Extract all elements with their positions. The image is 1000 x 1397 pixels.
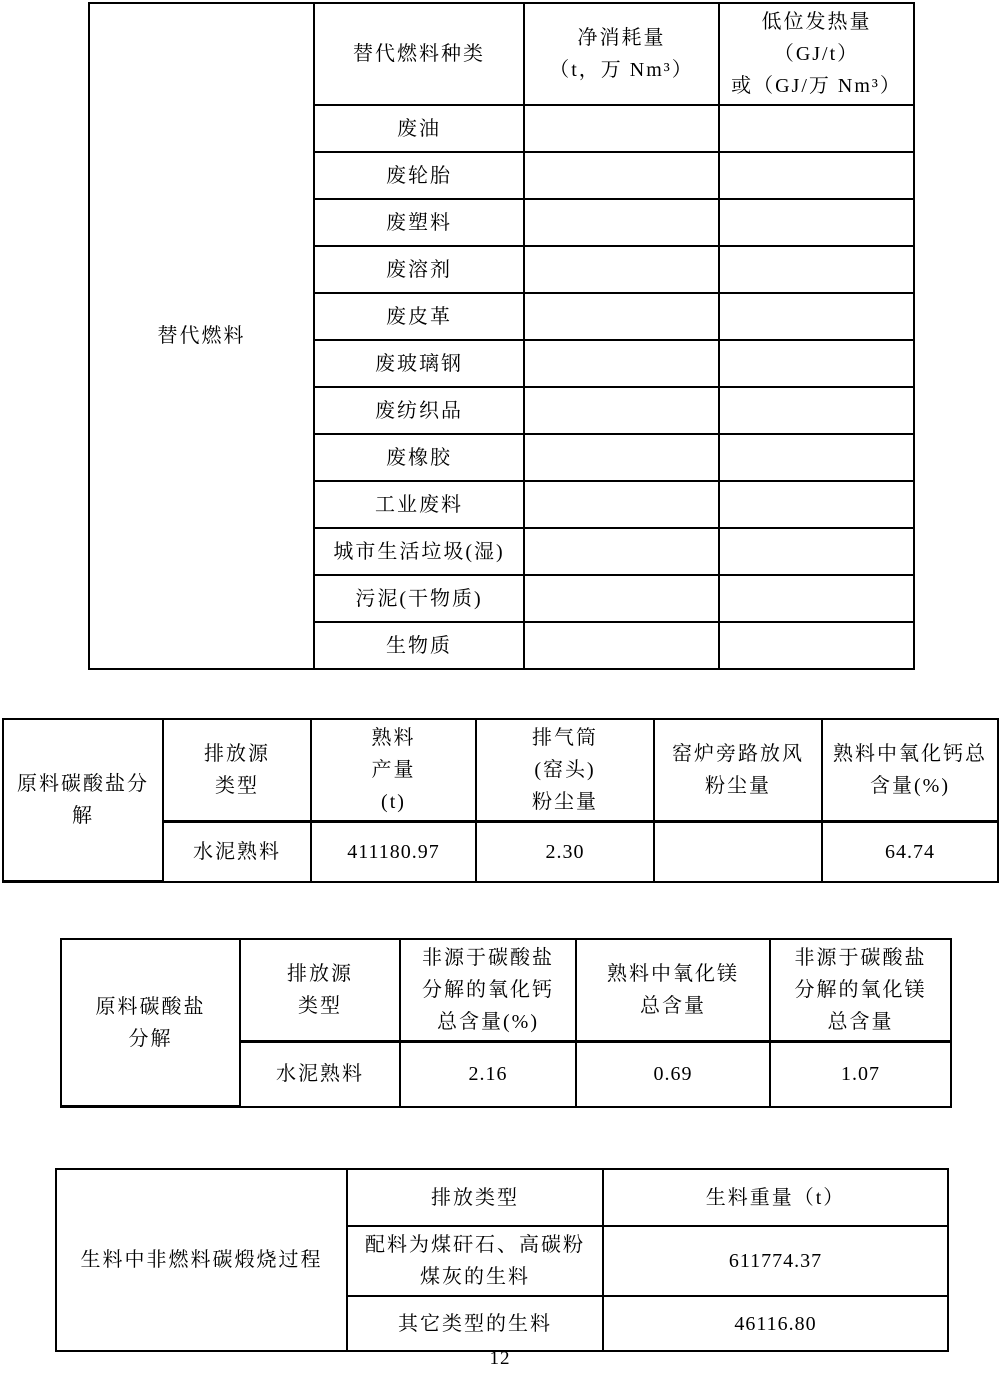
header-heating-value: 低位发热量 （GJ/t） 或（GJ/万 Nm³）: [719, 3, 914, 105]
header-emission-source-type: 排放源 类型: [163, 719, 311, 822]
carbonate-decomposition-table-1: 原料碳酸盐分 解 排放源 类型 熟料 产量 (t) 排气筒 (窑头) 粉尘量 窑…: [2, 718, 999, 883]
clinker-output-cell: 411180.97: [311, 822, 476, 882]
net-consumption-cell: [524, 293, 719, 340]
document-page: 替代燃料 替代燃料种类 净消耗量 （t，万 Nm³） 低位发热量 （GJ/t） …: [0, 0, 1000, 1397]
group-label-alternative-fuels: 替代燃料: [89, 3, 314, 669]
net-consumption-cell: [524, 105, 719, 152]
header-clinker-output: 熟料 产量 (t): [311, 719, 476, 822]
header-mgo-total-content: 熟料中氧化镁 总含量: [576, 939, 770, 1042]
emission-type-cell: 配料为煤矸石、高碳粉 煤灰的生料: [347, 1226, 603, 1296]
heating-value-cell: [719, 575, 914, 622]
fuel-type-cell: 工业废料: [314, 481, 524, 528]
mgo-total-content-cell: 0.69: [576, 1042, 770, 1107]
fuel-type-cell: 废塑料: [314, 199, 524, 246]
heating-value-cell: [719, 105, 914, 152]
net-consumption-cell: [524, 199, 719, 246]
net-consumption-cell: [524, 528, 719, 575]
header-emission-source-type: 排放源 类型: [240, 939, 400, 1042]
net-consumption-cell: [524, 340, 719, 387]
heating-value-cell: [719, 246, 914, 293]
raw-meal-weight-cell: 611774.37: [603, 1226, 948, 1296]
group-label-carbonate-decomposition: 原料碳酸盐 分解: [61, 939, 240, 1107]
header-kiln-head-dust: 排气筒 (窑头) 粉尘量: [476, 719, 654, 822]
net-consumption-cell: [524, 575, 719, 622]
bypass-dust-cell: [654, 822, 822, 882]
fuel-type-cell: 废轮胎: [314, 152, 524, 199]
fuel-type-cell: 废橡胶: [314, 434, 524, 481]
page-number: 12: [0, 1348, 1000, 1370]
emission-source-type-cell: 水泥熟料: [240, 1042, 400, 1107]
group-label-carbonate-decomposition: 原料碳酸盐分 解: [3, 719, 163, 882]
header-non-carbonate-cao: 非源于碳酸盐 分解的氧化钙 总含量(%): [400, 939, 576, 1042]
non-carbonate-cao-cell: 2.16: [400, 1042, 576, 1107]
cao-total-content-cell: 64.74: [822, 822, 998, 882]
fuel-type-cell: 废油: [314, 105, 524, 152]
raw-meal-calcination-table: 生料中非燃料碳煅烧过程 排放类型 生料重量（t） 配料为煤矸石、高碳粉 煤灰的生…: [55, 1168, 949, 1352]
heating-value-cell: [719, 387, 914, 434]
alternative-fuels-table: 替代燃料 替代燃料种类 净消耗量 （t，万 Nm³） 低位发热量 （GJ/t） …: [88, 2, 915, 670]
header-cao-total-content: 熟料中氧化钙总 含量(%): [822, 719, 998, 822]
header-emission-type: 排放类型: [347, 1169, 603, 1226]
net-consumption-cell: [524, 246, 719, 293]
heating-value-cell: [719, 340, 914, 387]
fuel-type-cell: 废纺织品: [314, 387, 524, 434]
heating-value-cell: [719, 434, 914, 481]
net-consumption-cell: [524, 481, 719, 528]
fuel-type-cell: 城市生活垃圾(湿): [314, 528, 524, 575]
net-consumption-cell: [524, 622, 719, 669]
net-consumption-cell: [524, 387, 719, 434]
kiln-head-dust-cell: 2.30: [476, 822, 654, 882]
net-consumption-cell: [524, 434, 719, 481]
emission-source-type-cell: 水泥熟料: [163, 822, 311, 882]
heating-value-cell: [719, 293, 914, 340]
heating-value-cell: [719, 199, 914, 246]
fuel-type-cell: 废皮革: [314, 293, 524, 340]
header-bypass-dust: 窑炉旁路放风 粉尘量: [654, 719, 822, 822]
fuel-type-cell: 生物质: [314, 622, 524, 669]
heating-value-cell: [719, 528, 914, 575]
heating-value-cell: [719, 622, 914, 669]
fuel-type-cell: 污泥(干物质): [314, 575, 524, 622]
header-fuel-type: 替代燃料种类: [314, 3, 524, 105]
heating-value-cell: [719, 152, 914, 199]
raw-meal-weight-cell: 46116.80: [603, 1296, 948, 1351]
non-carbonate-mgo-cell: 1.07: [770, 1042, 951, 1107]
net-consumption-cell: [524, 152, 719, 199]
header-non-carbonate-mgo: 非源于碳酸盐 分解的氧化镁 总含量: [770, 939, 951, 1042]
emission-type-cell: 其它类型的生料: [347, 1296, 603, 1351]
carbonate-decomposition-table-2: 原料碳酸盐 分解 排放源 类型 非源于碳酸盐 分解的氧化钙 总含量(%) 熟料中…: [60, 938, 952, 1108]
group-label-raw-meal-calcination: 生料中非燃料碳煅烧过程: [56, 1169, 347, 1351]
heating-value-cell: [719, 481, 914, 528]
header-raw-meal-weight: 生料重量（t）: [603, 1169, 948, 1226]
fuel-type-cell: 废玻璃钢: [314, 340, 524, 387]
fuel-type-cell: 废溶剂: [314, 246, 524, 293]
header-net-consumption: 净消耗量 （t，万 Nm³）: [524, 3, 719, 105]
